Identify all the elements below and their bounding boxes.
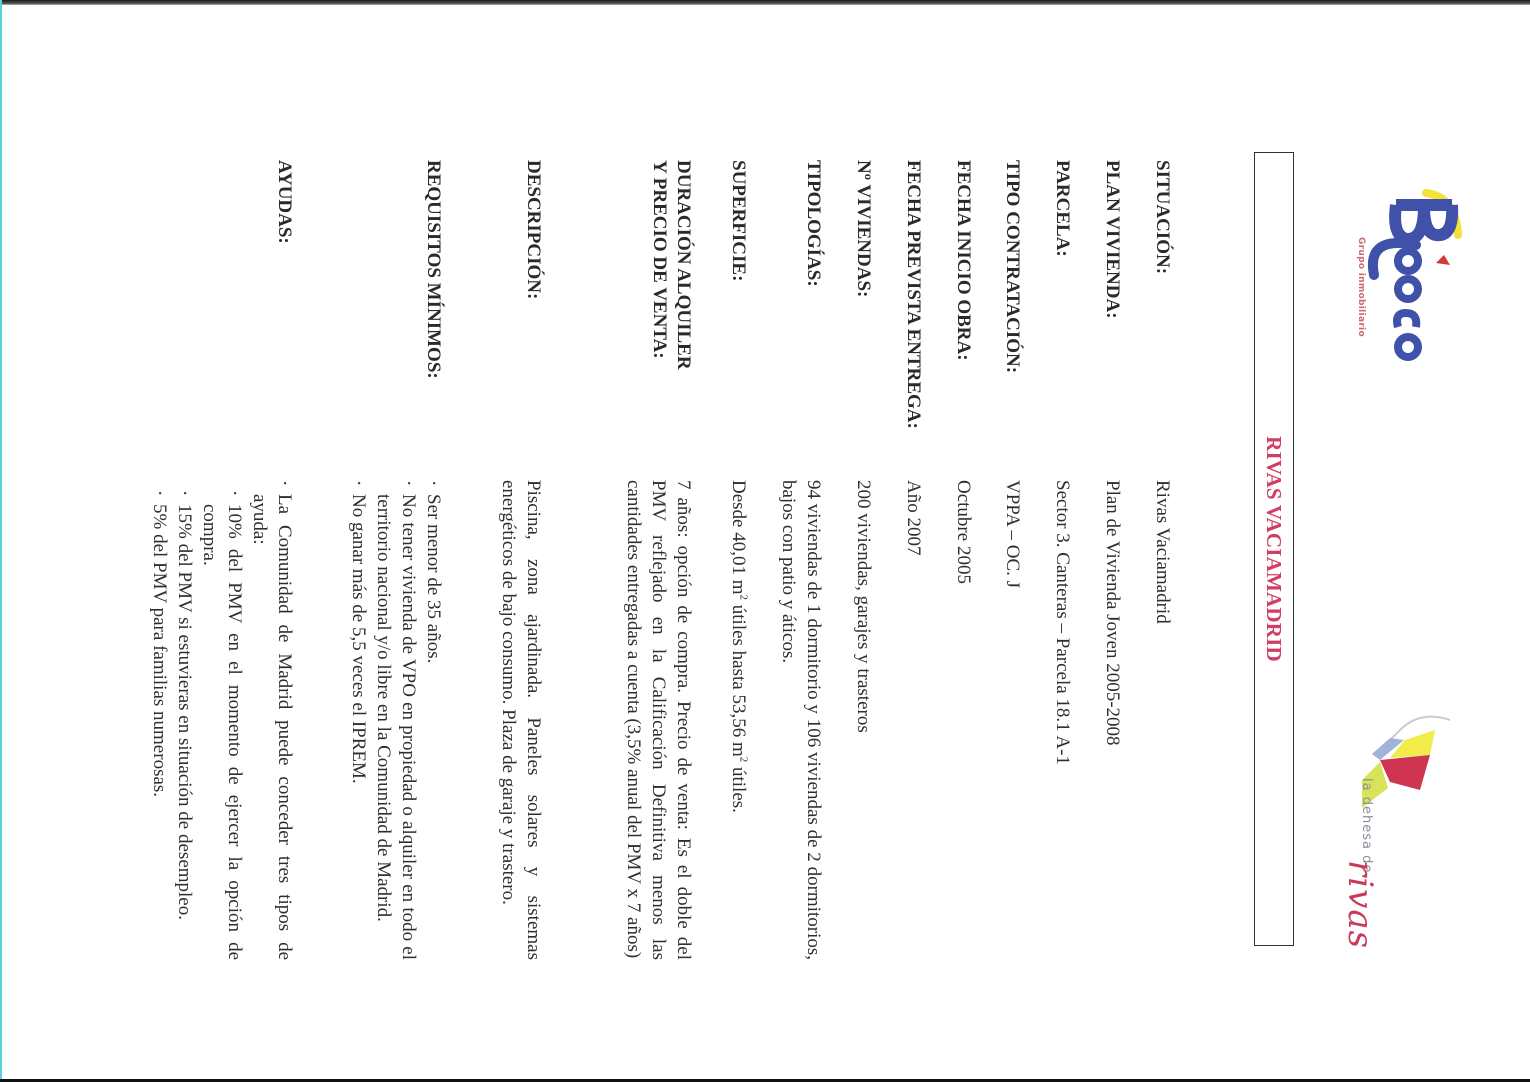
- list-item: 10% del PMV en el momento de ejercer la …: [197, 480, 247, 960]
- list-item: Ser menor de 35 años.: [421, 480, 446, 960]
- document-page: Grupo inmobiliario la dehesa de rivas RI…: [0, 0, 1530, 1082]
- value-parcela: Sector 3. Canteras – Parcela 18.1 A-1: [1050, 480, 1075, 960]
- value-descripcion: Piscina, zona ajardinada. Paneles solare…: [496, 480, 546, 960]
- value-plan-vivienda: Plan de Vivienda Joven 2005-2008: [1100, 480, 1125, 960]
- label-superficie: SUPERFICIE:: [726, 160, 750, 281]
- value-tipo-contratacion: VPPA – OC. J: [1000, 480, 1025, 960]
- label-tipo-contratacion: TIPO CONTRATACIÓN:: [1000, 160, 1024, 373]
- label-parcela: PARCELA:: [1050, 160, 1074, 257]
- value-tipologias: 94 viviendas de 1 dormitorio y 106 vivie…: [776, 480, 826, 960]
- label-requisitos-minimos: REQUISITOS MÍNIMOS:: [421, 160, 445, 379]
- value-requisitos-minimos: Ser menor de 35 años. No tener vivienda …: [346, 480, 446, 960]
- label-fecha-inicio-obra: FECHA INICIO OBRA:: [951, 160, 975, 361]
- ayudas-intro: La Comunidad de Madrid puede conceder tr…: [247, 480, 297, 960]
- label-fecha-prevista-entrega: FECHA PREVISTA ENTREGA:: [901, 160, 925, 429]
- value-ayudas: La Comunidad de Madrid puede conceder tr…: [147, 480, 297, 960]
- value-fecha-inicio-obra: Octubre 2005: [951, 480, 976, 960]
- label-duracion-alquiler: DURACIÓN ALQUILER Y PRECIO DE VENTA:: [647, 160, 695, 370]
- value-duracion-alquiler: 7 años: opción de compra. Precio de vent…: [621, 480, 696, 960]
- label-num-viviendas: Nº VIVIENDAS:: [851, 160, 875, 297]
- label-descripcion: DESCRIPCIÓN:: [521, 160, 545, 299]
- value-superficie: Desde 40,01 m2 útiles hasta 53,56 m2 úti…: [726, 480, 751, 960]
- list-item: 15% del PMV si estuvieras en situación d…: [172, 480, 197, 960]
- fields-table: SITUACIÓN: Rivas Vaciamadrid PLAN VIVIEN…: [0, 0, 1530, 1082]
- list-item: No ganar más de 5,5 veces el IPREM.: [346, 480, 371, 960]
- label-situacion: SITUACIÓN:: [1150, 160, 1174, 274]
- value-fecha-prevista-entrega: Año 2007: [901, 480, 926, 960]
- label-ayudas: AYUDAS:: [272, 160, 296, 244]
- list-item: 5% del PMV para familias numerosas.: [147, 480, 172, 960]
- label-tipologias: TIPOLOGÍAS:: [801, 160, 825, 287]
- label-plan-vivienda: PLAN VIVIENDA:: [1100, 160, 1124, 319]
- list-item: No tener vivienda de VPO en propiedad o …: [371, 480, 421, 960]
- value-num-viviendas: 200 viviendas, garajes y trasteros: [851, 480, 876, 960]
- value-situacion: Rivas Vaciamadrid: [1150, 480, 1175, 960]
